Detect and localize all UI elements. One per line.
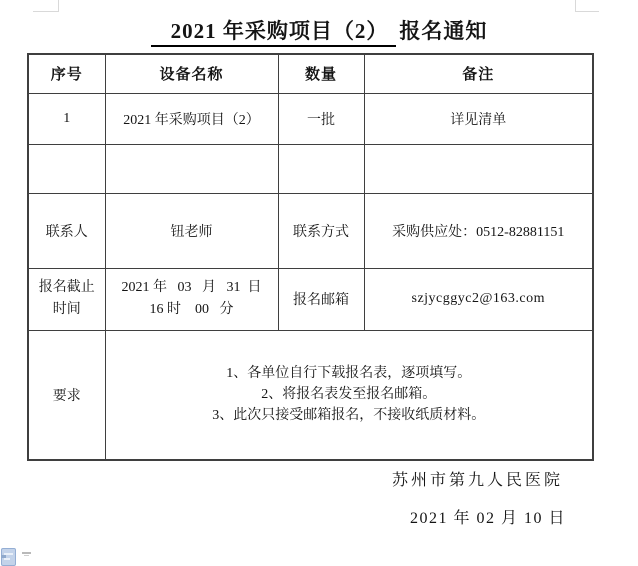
signature-date: 2021 年 02 月 10 日 (27, 505, 566, 528)
table-row-item1: 1 2021 年采购项目（2） 一批 详见清单 (28, 93, 593, 144)
header-cell-remarks: 备注 (364, 54, 593, 93)
document-icon-tab (1, 555, 6, 558)
deadline-label-line1: 报名截止 (39, 280, 95, 295)
page-margin-mark-top-right (575, 0, 599, 12)
signature-organization: 苏州市第九人民医院 (27, 467, 563, 490)
deadline-label-line2: 时间 (53, 302, 81, 317)
row1-serial: 1 (28, 93, 105, 144)
header-cell-serial: 序号 (28, 54, 105, 93)
document-page: 2021 年采购项目（2）报名通知 序号 设备名称 数量 备注 1 2021 年… (0, 0, 638, 566)
table-row-contact: 联系人 钮老师 联系方式 采购供应处：0512-82881151 (28, 193, 593, 268)
table-row-deadline: 报名截止时间 2021 年 03 月 31 日16 时 00 分 报名邮箱 sz… (28, 268, 593, 330)
email-value: szjycggyc2@163.com (364, 268, 593, 330)
smudge-artifact (22, 552, 31, 554)
requirement-item-2: 2、将报名表发至报名邮箱。 (106, 384, 593, 405)
empty-cell (278, 144, 364, 193)
table-header-row: 序号 设备名称 数量 备注 (28, 54, 593, 93)
header-cell-equipment: 设备名称 (105, 54, 278, 93)
requirement-item-1: 1、各单位自行下载报名表，逐项填写。 (106, 363, 593, 384)
title-rest-part: 报名通知 (399, 19, 487, 43)
contact-method-value: 采购供应处：0512-82881151 (364, 193, 593, 268)
contact-value: 钮老师 (105, 193, 278, 268)
table-row-empty (28, 144, 593, 193)
deadline-date-line1: 2021 年 03 月 31 日 (122, 280, 262, 295)
contact-method-label: 联系方式 (278, 193, 364, 268)
requirements-content: 1、各单位自行下载报名表，逐项填写。 2、将报名表发至报名邮箱。 3、此次只接受… (105, 330, 593, 460)
page-margin-mark-top-left (33, 0, 59, 12)
deadline-date: 2021 年 03 月 31 日16 时 00 分 (105, 268, 278, 330)
row1-quantity: 一批 (278, 93, 364, 144)
document-icon-line (4, 558, 10, 560)
title-underlined-part: 2021 年采购项目（2） (151, 19, 397, 47)
empty-cell (105, 144, 278, 193)
document-icon (1, 548, 16, 566)
notice-table: 序号 设备名称 数量 备注 1 2021 年采购项目（2） 一批 详见清单 联系… (27, 53, 594, 461)
deadline-label: 报名截止时间 (28, 268, 105, 330)
page-title: 2021 年采购项目（2）报名通知 (0, 15, 638, 45)
email-label: 报名邮箱 (278, 268, 364, 330)
row1-equipment: 2021 年采购项目（2） (105, 93, 278, 144)
empty-cell (364, 144, 593, 193)
requirement-item-3: 3、此次只接受邮箱报名，不接收纸质材料。 (106, 405, 593, 426)
requirements-label: 要求 (28, 330, 105, 460)
row1-remarks: 详见清单 (364, 93, 593, 144)
contact-label: 联系人 (28, 193, 105, 268)
empty-cell (28, 144, 105, 193)
header-cell-quantity: 数量 (278, 54, 364, 93)
deadline-date-line2: 16 时 00 分 (150, 302, 234, 317)
table-row-requirements: 要求 1、各单位自行下载报名表，逐项填写。 2、将报名表发至报名邮箱。 3、此次… (28, 330, 593, 460)
